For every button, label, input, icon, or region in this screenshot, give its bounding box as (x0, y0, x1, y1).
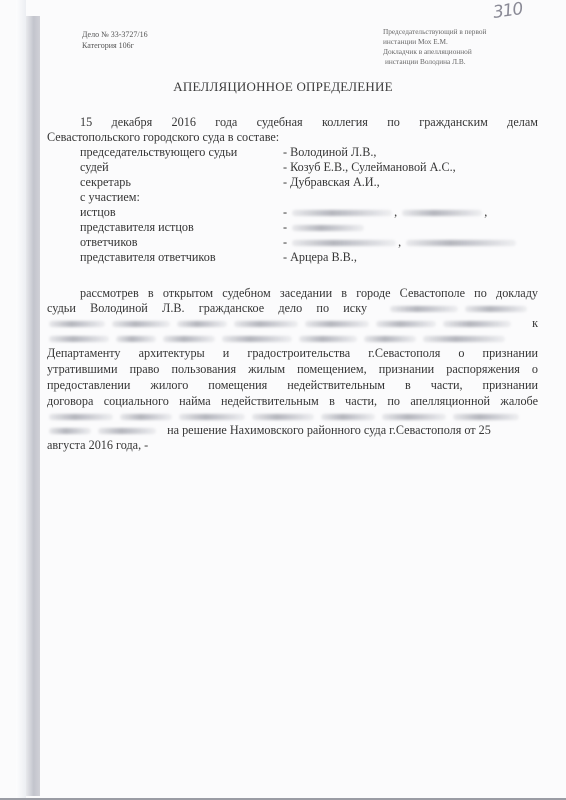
body-line-redacted: к (47, 315, 538, 331)
document-title: АПЕЛЛЯЦИОННОЕ ОПРЕДЕЛЕНИЕ (0, 79, 566, 95)
body-line: рассмотрев в открытом судебном заседании… (80, 285, 538, 301)
body-line: договора социального найма недействитель… (47, 393, 538, 409)
case-category: Категория 106г (82, 40, 148, 51)
role-value: - Козуб Е.В., Сулеймановой А.С., (283, 159, 456, 175)
redacted-name (465, 306, 527, 312)
annotation-line: инстанции Володина Л.В. (383, 57, 486, 67)
redacted-name (443, 321, 511, 327)
role-value-redacted: - (283, 219, 366, 235)
redacted-name (112, 321, 170, 327)
redacted-name (234, 321, 298, 327)
redacted-name (116, 336, 156, 342)
redacted-name (321, 414, 375, 420)
role-value-redacted: - , , (283, 204, 487, 220)
annotation-line: Председательствующий в первой (383, 27, 486, 37)
redacted-name (179, 414, 245, 420)
redacted-name (402, 210, 482, 216)
redacted-name (305, 321, 369, 327)
body-line: на решение Нахимовского районного суда г… (47, 422, 538, 438)
redacted-name (382, 414, 446, 420)
role-value-redacted: - , (283, 234, 518, 250)
annotation-line: инстанции Мох Е.М. (383, 37, 486, 47)
redacted-name (49, 336, 109, 342)
redacted-name (49, 414, 113, 420)
role-label: истцов (80, 204, 116, 220)
case-info: Дело № 33-3727/16 Категория 106г (82, 29, 148, 51)
body-line-redacted (47, 330, 538, 346)
role-label: представителя ответчиков (80, 249, 216, 265)
role-label: ответчиков (80, 234, 137, 250)
intro-line-1: 15 декабря 2016 года судебная коллегия п… (80, 114, 538, 130)
redacted-name (390, 306, 458, 312)
redacted-name (49, 321, 105, 327)
redacted-name (453, 414, 519, 420)
intro-line-2: Севастопольского городского суда в соста… (47, 129, 538, 145)
redacted-name (423, 336, 505, 342)
body-line: предоставлении жилого помещения недейств… (47, 377, 538, 393)
redacted-name (292, 240, 396, 246)
role-value: - Арцера В.В., (283, 249, 357, 265)
annotation-line: Докладчик в апелляционной (383, 47, 486, 57)
sheet-number: 310 (492, 0, 524, 23)
role-value: - Володиной Л.В., (283, 144, 376, 160)
body-line: судьи Володиной Л.В. гражданское дело по… (47, 300, 538, 316)
body-line: Департаменту архитектуры и градостроител… (47, 345, 538, 361)
case-number: Дело № 33-3727/16 (82, 29, 148, 40)
role-label: с участием: (80, 189, 140, 205)
judges-annotation: Председательствующий в первой инстанции … (383, 27, 486, 66)
redacted-name (364, 336, 416, 342)
role-label: судей (80, 159, 109, 175)
preposition-k: к (532, 315, 538, 331)
redacted-name (222, 336, 292, 342)
role-label: секретарь (80, 174, 131, 190)
redacted-name (252, 414, 314, 420)
redacted-name (406, 240, 516, 246)
body-line: августа 2016 года, - (47, 437, 538, 453)
role-label: председательствующего судьи (80, 144, 237, 160)
scan-page-edge-light (16, 0, 26, 800)
role-label: представителя истцов (80, 219, 194, 235)
scan-page-edge-shadow (26, 16, 40, 796)
redacted-name (299, 336, 357, 342)
redacted-name (98, 428, 156, 434)
redacted-name (177, 321, 227, 327)
redacted-name (120, 414, 172, 420)
body-line: утратившими право пользования жилым поме… (47, 361, 538, 377)
redacted-name (292, 210, 392, 216)
role-value: - Дубравская А.И., (283, 174, 380, 190)
redacted-name (49, 428, 91, 434)
redacted-name (292, 225, 364, 231)
redacted-name (163, 336, 215, 342)
redacted-name (376, 321, 436, 327)
